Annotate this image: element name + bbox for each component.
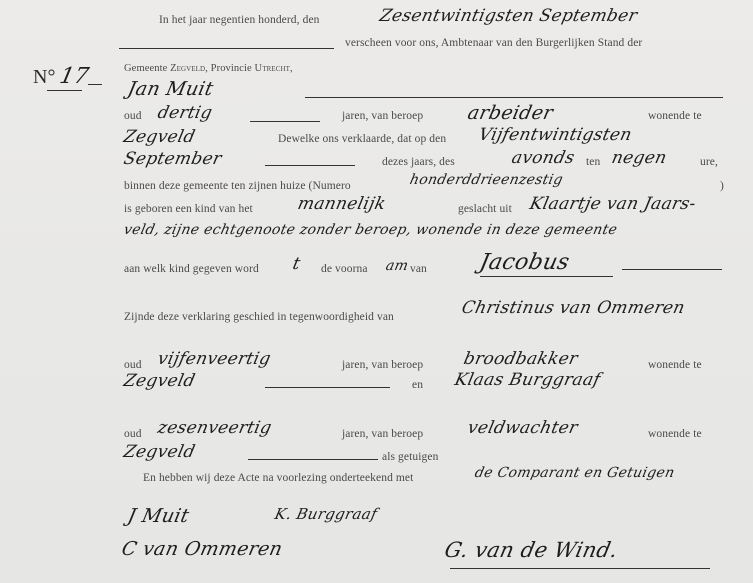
age-prefix: oud [124,110,142,122]
signed-with: de Comparant en Getuigen [473,465,676,481]
declarant-name: Jan Muit [126,78,216,100]
time-of-day: avonds [510,148,577,168]
signed-text: En hebben wij deze Acte na voorlezing on… [143,472,413,484]
number-dash [88,84,102,85]
blank-line [119,48,334,49]
name-suffix: am [384,258,410,274]
residing-label: wonende te [648,359,702,371]
signature-witness1: C van Ommeren [120,538,285,560]
mother-line2: veld, zijne echtgenoote zonder beroep, w… [122,222,619,238]
witness2-name: Klaas Burggraaf [453,370,602,390]
as-witnesses-text: als getuigen [382,451,438,463]
age-line [250,121,320,122]
residing-label: wonende te [648,428,702,440]
birth-hour: negen [610,148,669,168]
witness1-age: vijfenveertig [156,349,273,369]
date-handwritten: Zesentwintigsten September [378,6,639,26]
birth-day: Vijfentwintigsten [477,125,634,145]
mother-line1: Klaartje van Jaars- [528,194,698,214]
occupation-label: jaren, van beroep [342,359,423,371]
declarant-age: dertig [156,103,214,123]
house-number: honderddrieenzestig [408,172,564,188]
municipality: Zegveld [170,63,205,74]
appeared-text: verscheen voor ons, Ambtenaar van den Bu… [345,37,642,49]
witness1-name: Christinus van Ommeren [460,298,687,318]
word-suffix: t [291,254,302,274]
age-prefix: oud [124,359,142,371]
signature-declarant: J Muit [126,505,192,527]
and-text: en [412,379,423,391]
hour-text: ure, [700,156,718,168]
born-text: is geboren een kind van het [124,203,253,215]
declarant-residence: Zegveld [122,127,197,147]
occupation-label: jaren, van beroep [342,428,423,440]
sex-from-text: geslacht uit [458,203,512,215]
witness1-residence: Zegveld [122,371,197,391]
signature-registrar: G. van de Wind. [442,538,620,562]
age-prefix: oud [124,428,142,440]
province: Utrecht [255,63,291,74]
registrar-underline [450,568,710,569]
number-label: N° [33,66,55,88]
witness2-line [248,459,378,460]
witness2-residence: Zegveld [122,442,197,462]
of-text: van [410,263,427,275]
close-paren: ) [720,180,724,192]
witness-intro-text: Zijnde deze verklaring geschied in tegen… [124,311,394,323]
declarant-line [305,97,723,98]
province-prefix: , Provincie [205,63,252,74]
child-name-underline [480,276,613,277]
witness2-occupation: veldwachter [466,418,580,438]
municipality-line: Gemeente Zegveld, Provincie Utrecht, [124,63,293,74]
witness2-age: zesenveertig [156,418,274,438]
signature-witness2: K. Burggraaf [273,505,379,523]
month-line [265,165,355,166]
declarant-occupation: arbeider [466,102,555,124]
declared-text: Dewelke ons verklaarde, dat op den [278,133,446,145]
municipality-prefix: Gemeente [124,63,167,74]
record-number: N° 17 [33,64,89,89]
civil-registry-birth-record: N° 17 In het jaar negentien honderd, den… [0,0,753,583]
child-given-text: aan welk kind gegeven word [124,263,259,275]
child-sex: mannelijk [296,194,388,214]
occupation-label: jaren, van beroep [342,110,423,122]
birth-month: September [122,149,224,169]
witness1-occupation: broodbakker [462,349,580,369]
child-name-line [622,269,722,270]
intro-text: In het jaar negentien honderd, den [159,14,320,26]
at-text: ten [586,156,600,168]
witness1-line [265,387,390,388]
this-year-text: dezes jaars, des [382,156,455,168]
number-underline [47,90,82,91]
residing-label: wonende te [648,110,702,122]
record-number-value: 17 [58,64,92,89]
first-names-text: de voorna [321,263,368,275]
house-text: binnen deze gemeente ten zijnen huize (N… [124,180,351,192]
child-name: Jacobus [477,250,571,275]
